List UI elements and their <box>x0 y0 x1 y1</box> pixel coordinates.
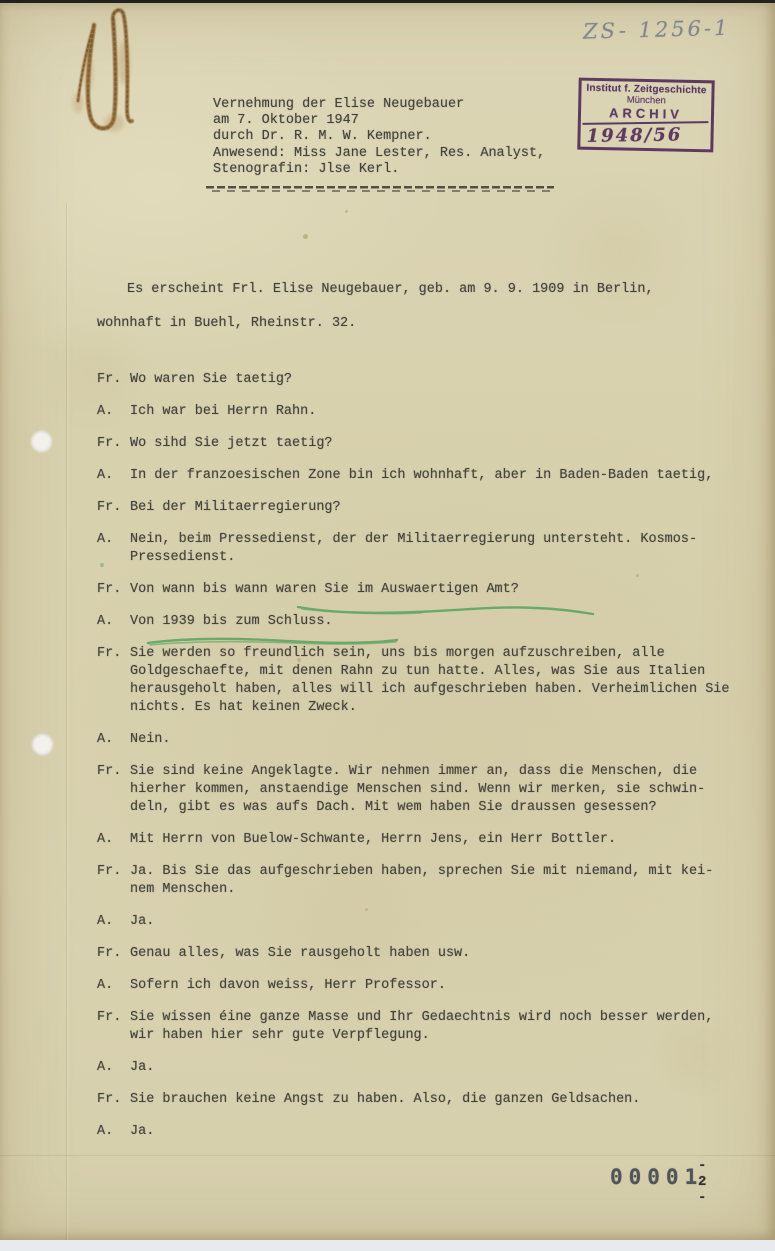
qa-text: Mit Herrn von Buelow-Schwante, Herrn Jen… <box>130 831 745 849</box>
typed-page-number: - 2 - <box>698 1158 708 1206</box>
stamp-handwritten-number: 1948/56 <box>582 121 708 149</box>
qa-speaker: Fr. <box>97 435 130 453</box>
page-number-area: 00001 - 2 - <box>610 1165 703 1189</box>
qa-text: In der franzoesischen Zone bin ich wohnh… <box>130 467 745 485</box>
header-block: Vernehmung der Elise Neugebaueram 7. Okt… <box>213 97 545 178</box>
qa-text: Wo waren Sie taetig? <box>130 371 745 389</box>
qa-speaker: Fr. <box>97 763 130 817</box>
qa-text: Sie brauchen keine Angst zu haben. Also,… <box>130 1091 745 1109</box>
scan-edge-bottom <box>0 1240 775 1251</box>
qa-text: Ja. <box>130 1123 745 1141</box>
qa-speaker: Fr. <box>97 371 130 389</box>
scan-background: ZS- 1256-1 Institut f. Zeitgeschichte Mü… <box>0 0 775 1251</box>
qa-text: Nein. <box>130 731 745 749</box>
qa-speaker: Fr. <box>97 499 130 517</box>
qa-row: A.Mit Herrn von Buelow-Schwante, Herrn J… <box>97 831 745 849</box>
qa-text: Von wann bis wann waren Sie im Auswaerti… <box>130 581 745 599</box>
qa-row: A.Ja. <box>97 1123 745 1141</box>
qa-list: Fr.Wo waren Sie taetig?A.Ich war bei Her… <box>97 371 745 1155</box>
punch-hole-top <box>31 431 52 452</box>
qa-row: A.Sofern ich davon weiss, Herr Professor… <box>97 977 745 995</box>
qa-speaker: Fr. <box>97 1091 130 1109</box>
qa-row: Fr.Genau alles, was Sie rausgeholt haben… <box>97 945 745 963</box>
qa-row: A.Von 1939 bis zum Schluss. <box>97 613 745 631</box>
qa-text: Genau alles, was Sie rausgeholt haben us… <box>130 945 745 963</box>
qa-text: Wo sihd Sie jetzt taetig? <box>130 435 745 453</box>
qa-speaker: A. <box>97 831 130 849</box>
handwritten-archive-number: ZS- 1256-1 <box>583 14 775 43</box>
punch-hole-bottom <box>32 734 53 755</box>
header-line: Stenografin: Jlse Kerl. <box>213 162 545 178</box>
paper-speck <box>303 234 308 239</box>
intro-paragraph: Es erscheint Frl. Elise Neugebauer, geb.… <box>97 273 705 341</box>
document-page: ZS- 1256-1 Institut f. Zeitgeschichte Mü… <box>0 3 775 1240</box>
qa-row: A.In der franzoesischen Zone bin ich woh… <box>97 467 745 485</box>
qa-row: Fr.Bei der Militaerregierung? <box>97 499 745 517</box>
stamp-archiv-line: ARCHIV <box>583 105 709 123</box>
typed-separator-line <box>206 186 554 192</box>
paper-speck <box>345 210 348 213</box>
qa-speaker: Fr. <box>97 645 130 717</box>
qa-text: Sofern ich davon weiss, Herr Professor. <box>130 977 745 995</box>
qa-speaker: A. <box>97 403 130 421</box>
qa-speaker: A. <box>97 531 130 567</box>
qa-text: Sie werden so freundlich sein, uns bis m… <box>130 645 745 717</box>
qa-row: Fr.Ja. Bis Sie das aufgeschrieben haben,… <box>97 863 745 899</box>
qa-text: Ja. <box>130 1059 745 1077</box>
qa-text: Ja. <box>130 913 745 931</box>
header-line: Vernehmung der Elise Neugebauer <box>213 97 545 113</box>
archive-stamp: Institut f. Zeitgeschichte München ARCHI… <box>577 78 714 153</box>
header-line: am 7. Oktober 1947 <box>213 113 545 129</box>
paperclip-rust-mark <box>28 3 138 143</box>
qa-row: A.Nein. <box>97 731 745 749</box>
qa-text: Sie wissen éine ganze Masse und Ihr Geda… <box>130 1009 745 1045</box>
qa-row: A.Ja. <box>97 913 745 931</box>
qa-text: Bei der Militaerregierung? <box>130 499 745 517</box>
qa-row: Fr.Wo sihd Sie jetzt taetig? <box>97 435 745 453</box>
qa-text: Ich war bei Herrn Rahn. <box>130 403 745 421</box>
scan-edge-top <box>0 0 775 3</box>
qa-row: A.Ja. <box>97 1059 745 1077</box>
horizontal-fold-crease <box>0 1155 775 1156</box>
qa-speaker: A. <box>97 913 130 931</box>
page-number-stamp: 00001 <box>610 1165 703 1189</box>
qa-row: Fr.Von wann bis wann waren Sie im Auswae… <box>97 581 745 599</box>
qa-row: A.Nein, beim Pressedienst, der der Milit… <box>97 531 745 567</box>
qa-speaker: A. <box>97 731 130 749</box>
qa-row: Fr.Sie sind keine Angeklagte. Wir nehmen… <box>97 763 745 817</box>
qa-speaker: A. <box>97 613 130 631</box>
header-line: Anwesend: Miss Jane Lester, Res. Analyst… <box>213 146 545 162</box>
qa-text: Ja. Bis Sie das aufgeschrieben haben, sp… <box>130 863 745 899</box>
qa-row: Fr.Sie werden so freundlich sein, uns bi… <box>97 645 745 717</box>
qa-row: A.Ich war bei Herrn Rahn. <box>97 403 745 421</box>
qa-speaker: Fr. <box>97 581 130 599</box>
header-line: durch Dr. R. M. W. Kempner. <box>213 129 545 145</box>
qa-speaker: A. <box>97 977 130 995</box>
qa-speaker: Fr. <box>97 945 130 963</box>
qa-speaker: Fr. <box>97 863 130 899</box>
qa-speaker: A. <box>97 467 130 485</box>
qa-speaker: Fr. <box>97 1009 130 1045</box>
qa-speaker: A. <box>97 1059 130 1077</box>
qa-text: Nein, beim Pressedienst, der der Militae… <box>130 531 745 567</box>
qa-row: Fr.Sie wissen éine ganze Masse und Ihr G… <box>97 1009 745 1045</box>
qa-row: Fr.Sie brauchen keine Angst zu haben. Al… <box>97 1091 745 1109</box>
vertical-fold-crease <box>66 203 67 1240</box>
qa-speaker: A. <box>97 1123 130 1141</box>
qa-row: Fr.Wo waren Sie taetig? <box>97 371 745 389</box>
qa-text: Sie sind keine Angeklagte. Wir nehmen im… <box>130 763 745 817</box>
qa-text: Von 1939 bis zum Schluss. <box>130 613 745 631</box>
